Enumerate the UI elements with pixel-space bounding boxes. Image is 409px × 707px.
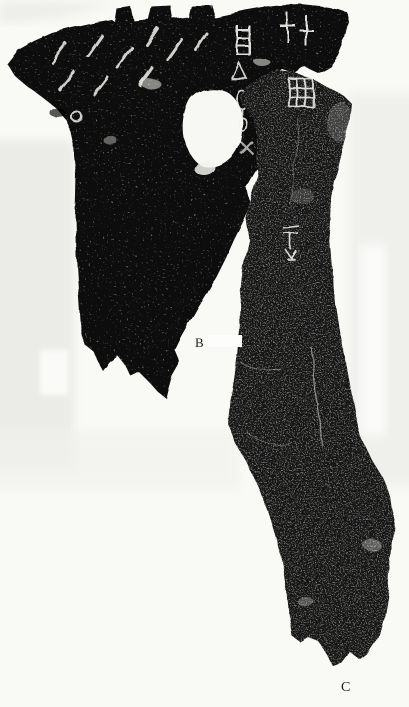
rubbings-plate-photo: B C	[0, 0, 409, 707]
plate-artwork	[0, 0, 409, 707]
label-b-highlight	[208, 335, 242, 347]
figure-label-b: B	[195, 336, 204, 349]
figure-label-c: C	[341, 681, 350, 694]
